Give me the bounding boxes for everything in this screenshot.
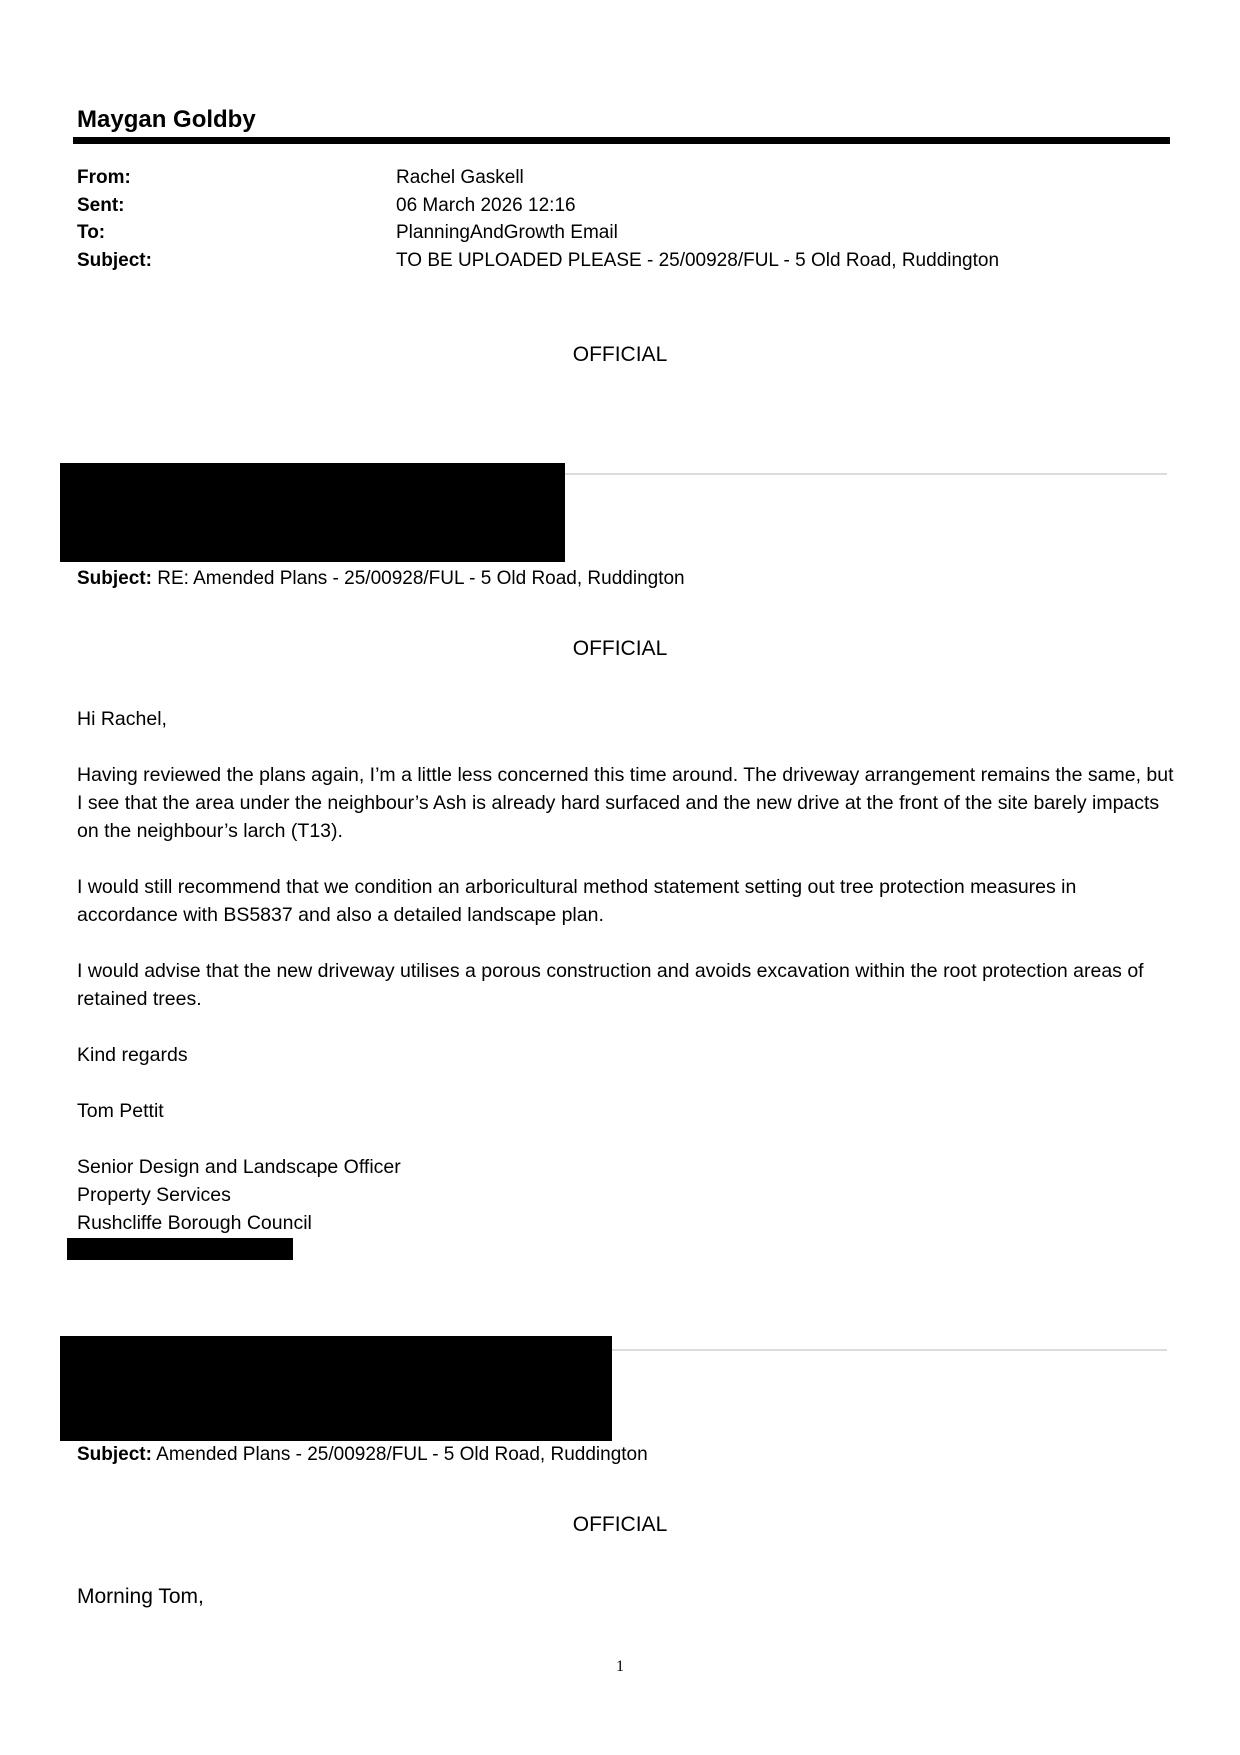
original-subject-value: Amended Plans - 25/00928/FUL - 5 Old Roa… — [152, 1444, 648, 1465]
reply-subject-label: Subject: — [77, 568, 152, 589]
reply-paragraph: Having reviewed the plans again, I’m a l… — [77, 761, 1177, 845]
subject-label: Subject: — [77, 250, 152, 272]
reply-sender-name: Tom Pettit — [77, 1097, 1177, 1125]
reply-paragraph: I would still recommend that we conditio… — [77, 873, 1177, 929]
original-greeting: Morning Tom, — [77, 1583, 1177, 1611]
reply-subject: Subject: RE: Amended Plans - 25/00928/FU… — [77, 568, 685, 590]
redacted-contact — [67, 1238, 293, 1260]
original-subject-label: Subject: — [77, 1444, 152, 1465]
from-value: Rachel Gaskell — [396, 167, 524, 189]
reply-signoff: Kind regards — [77, 1041, 1177, 1069]
to-value: PlanningAndGrowth Email — [396, 222, 618, 244]
original-subject: Subject: Amended Plans - 25/00928/FUL - … — [77, 1444, 648, 1466]
reply-greeting: Hi Rachel, — [77, 705, 1177, 733]
signature-department: Property Services — [77, 1181, 1177, 1209]
email-separator — [612, 1349, 1167, 1351]
document-title: Maygan Goldby — [77, 106, 256, 134]
signature-role: Senior Design and Landscape Officer — [77, 1153, 1177, 1181]
sent-label: Sent: — [77, 195, 125, 217]
subject-value: TO BE UPLOADED PLEASE - 25/00928/FUL - 5… — [396, 250, 999, 272]
sent-value: 06 March 2026 12:16 — [396, 195, 576, 217]
reply-paragraph: I would advise that the new driveway uti… — [77, 957, 1177, 1013]
redacted-block — [60, 463, 565, 562]
email-separator — [565, 473, 1167, 475]
from-label: From: — [77, 167, 131, 189]
redacted-block — [60, 1336, 612, 1441]
classification-marking: OFFICIAL — [0, 343, 1240, 367]
original-classification: OFFICIAL — [0, 1513, 1240, 1537]
reply-subject-value: RE: Amended Plans - 25/00928/FUL - 5 Old… — [152, 568, 685, 589]
signature-organisation: Rushcliffe Borough Council — [77, 1209, 1177, 1237]
page-number: 1 — [0, 1658, 1240, 1676]
reply-classification: OFFICIAL — [0, 637, 1240, 661]
to-label: To: — [77, 222, 105, 244]
title-divider — [73, 137, 1170, 144]
